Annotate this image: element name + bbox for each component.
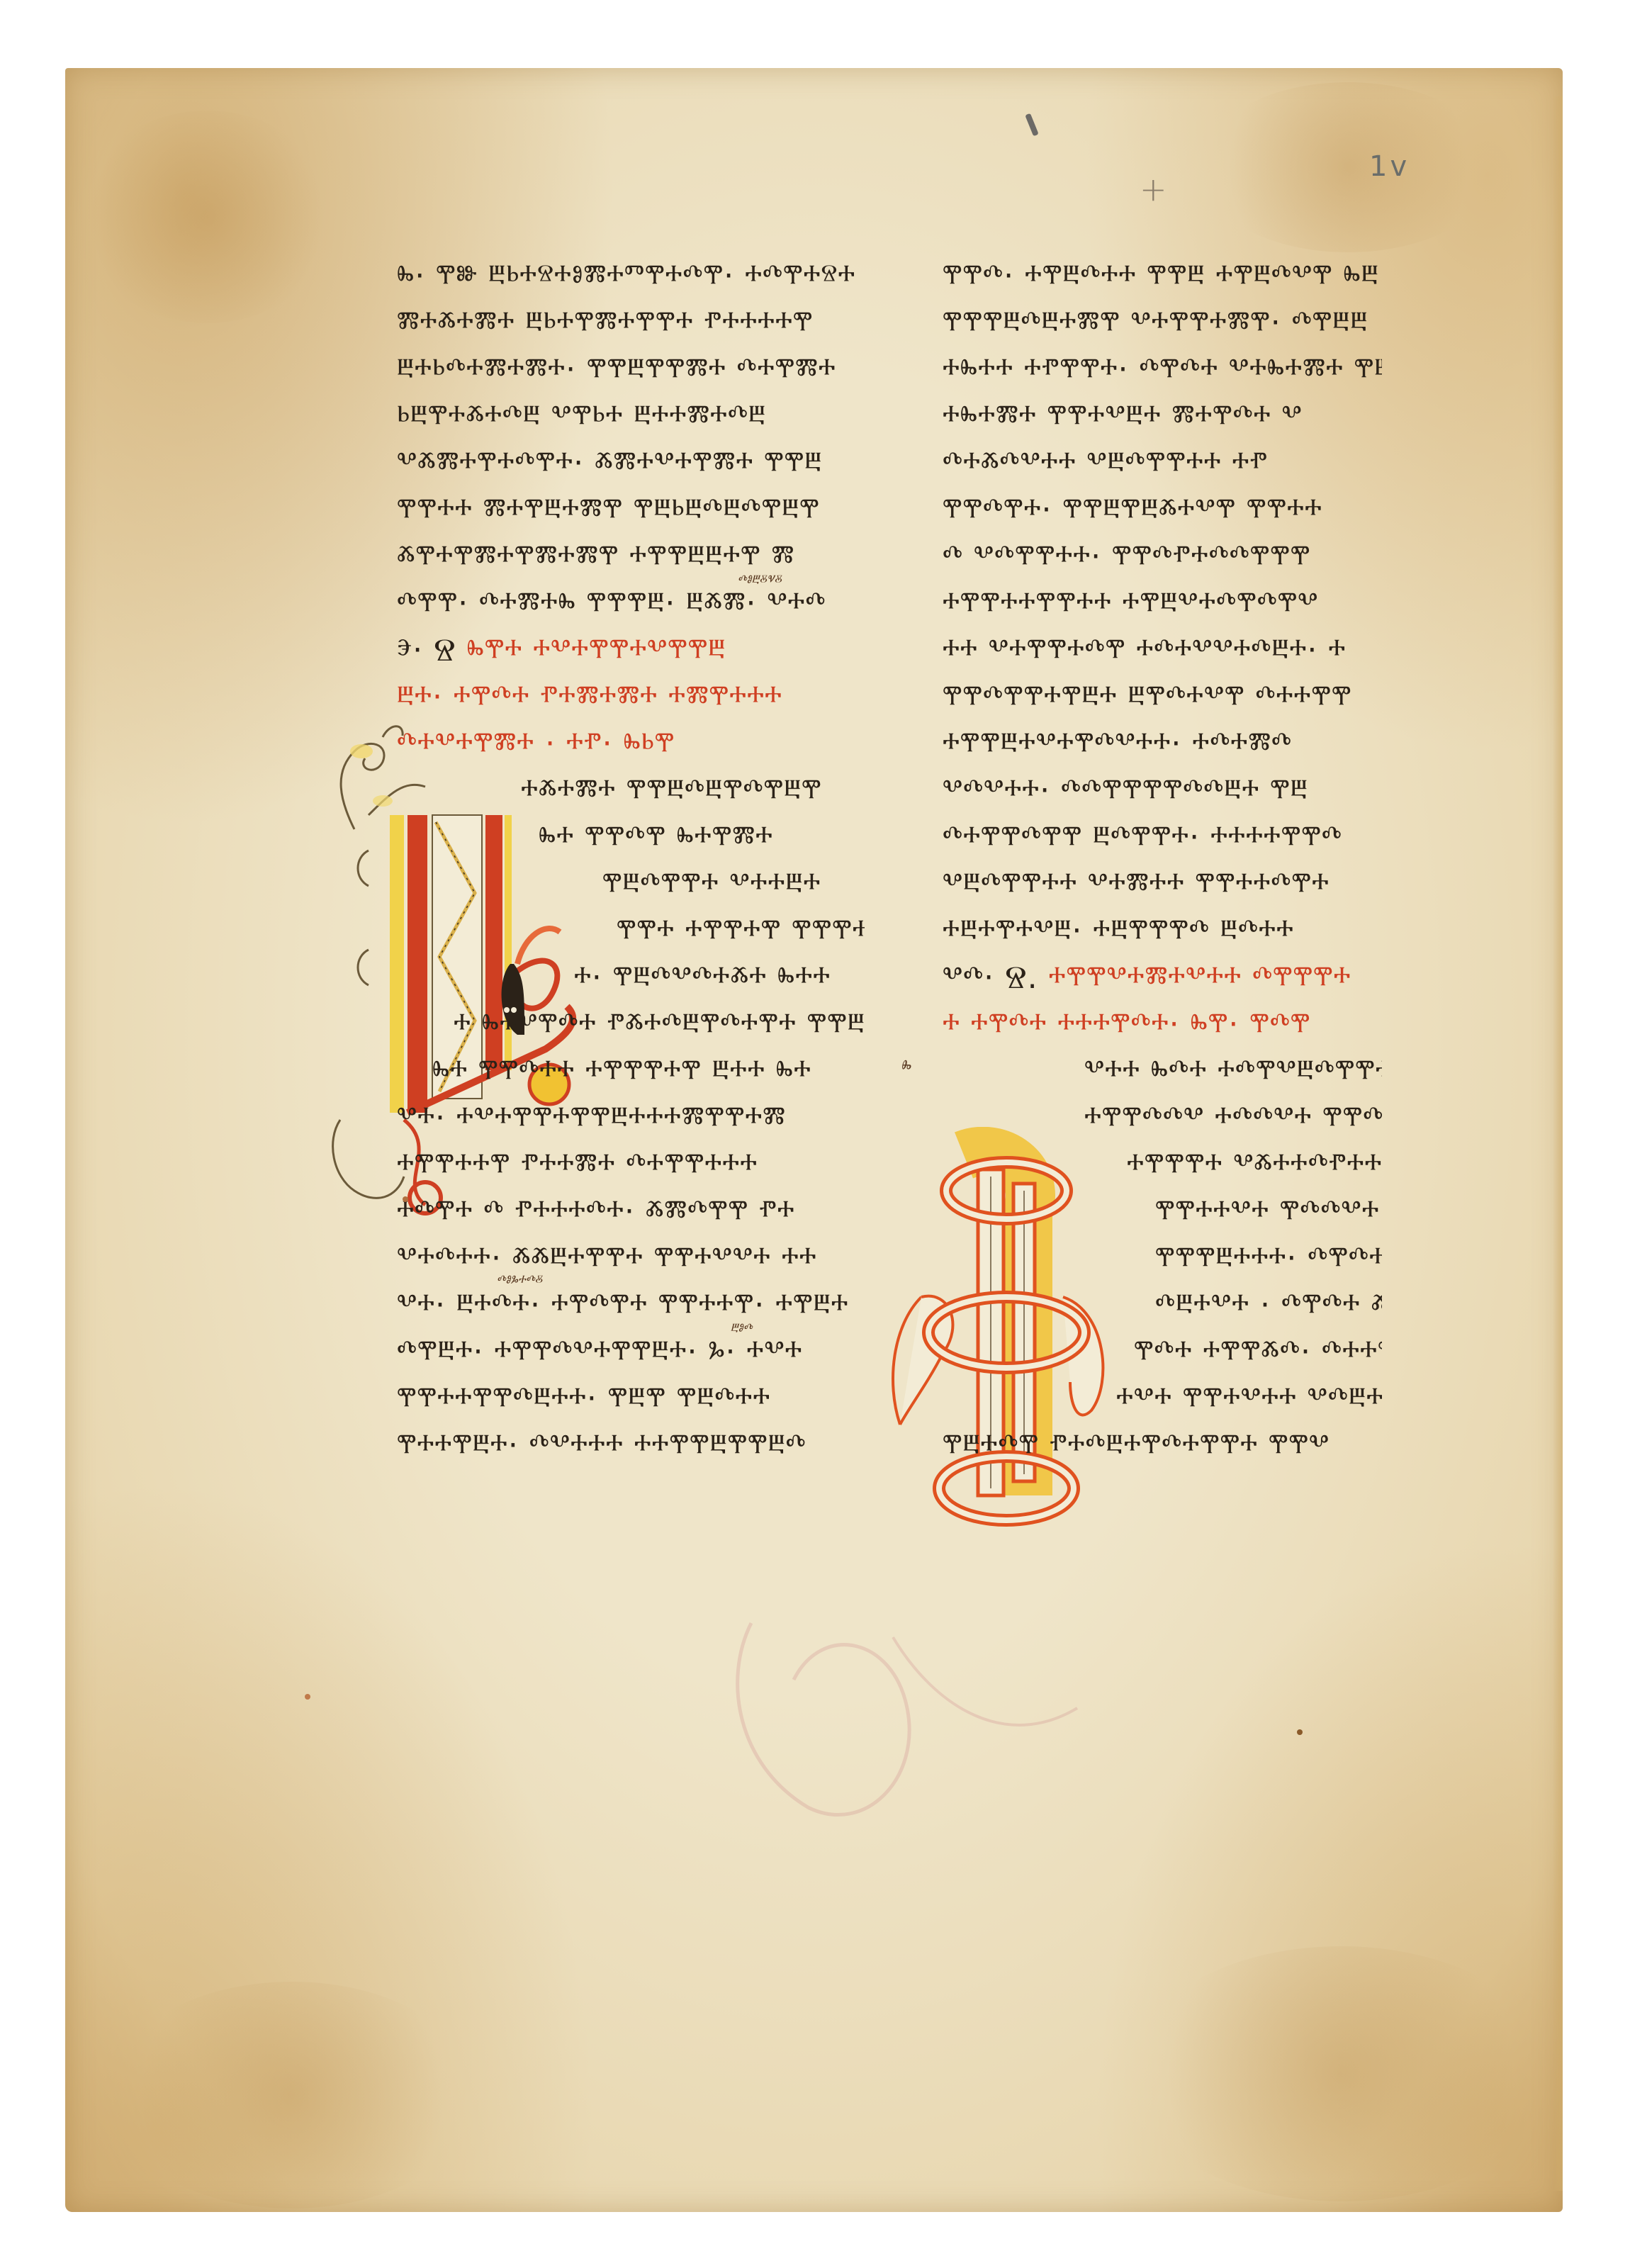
- text-line: ⰹⰱⰰⰴⰹ ⱂⰰⰴⰱⰰⰹⰴⰰⰹⰹⰰ ⰹⰹⰲ: [943, 1425, 1382, 1467]
- text-line: ⰴⰰⰶⰴⰲⰰⰰ ⰲⰱⰴⰹⰹⰰⰰ ⰰⱂ: [943, 442, 1382, 485]
- text-line: ⰹⰰⰰⰹⰱⰰ· ⰴⰲⰰⰰⰰ ⰰⰰⰹⰹⰱⰹⰹⰱⰴ: [397, 1425, 865, 1467]
- line-ink-part: ⰵ· Ⱄ: [397, 632, 467, 668]
- text-line-mixed: ⰲⰴ· Ⱄ. ⰰⰹⰹⰲⰰⰿⰰⰲⰰⰰ ⰴⰹⰹⰹⰰ: [943, 957, 1382, 999]
- text-line: ⰲⰰ· ⰰⰲⰰⰹⰹⰰⰹⰹⰱⰰⰰⰰⰿⰹⰹⰰⰿ: [397, 1097, 865, 1140]
- ink-dot: [305, 1694, 310, 1700]
- text-line: ⰿⰰⰶⰰⰿⰰ ⰱⱃⰰⰹⰿⰰⰹⰹⰰ ⱂⰰⰰⰰⰰⰹ: [397, 302, 865, 344]
- text-line: ⰹⰹⰹⰱⰴⰱⰰⰿⰹ ⰲⰰⰹⰹⰰⰿⰹ· ⰴⰹⰱⰱ: [943, 302, 1382, 344]
- text-line: ⰹⰱⰴⰹⰹⰰ ⰲⰰⰰⰱⰰ: [602, 863, 865, 906]
- stain: [108, 1982, 476, 2208]
- text-line: ⰰ· ⰹⰱⰴⰲⰴⰰⰶⰰ ⰸⰰⰰ: [574, 957, 865, 999]
- text-line: ⰴⰹⰹ· ⰴⰰⰿⰰⰸ ⰹⰹⰹⰱ· ⰱⰶⰿ· ⰲⰰⰴ: [397, 583, 865, 625]
- text-line: ⰸⰰ ⰹⰹⰴⰰⰰ ⰰⰹⰹⰹⰰⰹ ⰱⰰⰰ ⰸⰰ: [432, 1050, 865, 1093]
- text-line: ⰰⰹⰹⰴⰴⰲ ⰰⰴⰴⰲⰰ ⰹⰹⰴⰱ: [1084, 1097, 1382, 1140]
- cross-mark: +: [1140, 170, 1167, 208]
- text-line: ⰲⰰ· ⰱⰰⰴⰰ· ⰰⰹⰴⰹⰰ ⰹⰹⰰⰰⰹ· ⰰⰹⰱⰰ: [397, 1284, 865, 1327]
- text-line: ⰹⰹⰴⰹⰹⰰⰹⰱⰰ ⰱⰹⰴⰰⰲⰹ ⰴⰰⰰⰹⰹ: [943, 676, 1382, 719]
- text-line: ⰰⰸⰰⰿⰰ ⰹⰹⰰⰲⰱⰰ ⰿⰰⰹⰴⰰ ⰲ: [943, 395, 1382, 438]
- line-rubric-part: ⰸⰹⰰ ⰰⰲⰰⰹⰹⰰⰲⰹⰹⰱ: [467, 632, 726, 668]
- text-line-mixed: ⰵ· Ⱄ ⰸⰹⰰ ⰰⰲⰰⰹⰹⰰⰲⰹⰹⰱ: [397, 629, 865, 672]
- text-line: ⰲⰶⰿⰰⰹⰰⰴⰹⰰ· ⰶⰿⰰⰲⰰⰹⰿⰰ ⰹⰹⰱ: [397, 442, 865, 485]
- text-line: ⰰⰴⰹⰰ ⰴ ⱂⰰⰰⰰⰴⰰ· ⰶⰿⰴⰹⰹ ⱂⰰ: [397, 1191, 865, 1233]
- text-line: ⰲⰰⰰ ⰸⰴⰰ ⰰⰴⰹⰲⰱⰴⰹⰹⰰⰰ: [1084, 1050, 1382, 1093]
- text-line: ⰰⰰ ⰲⰰⰹⰹⰰⰴⰹ ⰰⰴⰰⰲⰲⰰⰴⰱⰰ· ⰰ: [943, 629, 1382, 672]
- text-line: ⰹⰹⰹⰱⰰⰰⰰ· ⰴⰹⰴⰰ ⰲ: [1155, 1237, 1382, 1280]
- text-line: ⰹⰹⰰⰰⰹⰹⰴⰱⰰⰰ· ⰹⰱⰹ ⰹⰱⰴⰰⰰ: [397, 1378, 865, 1420]
- text-line: ⰸⰰ ⰹⰹⰴⰹ ⰸⰰⰹⰿⰰ: [539, 816, 865, 859]
- text-line: ⰰⰲⰰ ⰹⰹⰰⰲⰰⰰ ⰲⰴⰱⰰ: [1116, 1378, 1382, 1420]
- ink-dot: [403, 1196, 408, 1202]
- leaf-edge: [1553, 96, 1563, 2191]
- text-line: ⰴⰰⰹⰹⰴⰹⰹ ⰱⰴⰹⰹⰰ· ⰰⰰⰰⰰⰹⰹⰴ: [943, 816, 1382, 859]
- initial-interlace: [879, 1127, 1120, 1545]
- text-line: ⰱⰰⱃⰴⰰⰿⰰⰿⰰ· ⰹⰹⰱⰹⰹⰿⰰ ⰴⰰⰹⰿⰰ: [397, 349, 865, 391]
- text-line: ⰴⰱⰰⰲⰰ · ⰴⰹⰴⰰ ⰶⰰ: [1155, 1284, 1382, 1327]
- ink-dot: [1297, 1729, 1303, 1735]
- text-line: ⰰⰹⰹⰹⰰ ⰲⰶⰰⰰⰴⱂⰰⰰ·: [1127, 1144, 1382, 1186]
- rubric-line: ⰱⰰ· ⰰⰹⰴⰰ ⱂⰰⰿⰰⰿⰰ ⰰⰿⰹⰰⰰⰰ: [397, 676, 865, 719]
- text-line: ⰹⰴⰰ ⰰⰹⰹⰶⰴ· ⰴⰰⰰⰲ: [1134, 1331, 1382, 1374]
- text-line: ⱃⰱⰹⰰⰶⰰⰴⰱ ⰲⰹⱃⰰ ⰱⰰⰰⰿⰰⰴⰱ: [397, 395, 865, 438]
- folio-number: 1v: [1369, 150, 1410, 183]
- line-ink-part: ⰲⰴ· Ⱄ.: [943, 960, 1049, 996]
- showthrough-decoration: [709, 1595, 1134, 1836]
- text-line: ⰴⰹⰱⰰ· ⰰⰹⰹⰴⰲⰰⰹⰹⰱⰰ· ⰳ· ⰰⰲⰰ: [397, 1331, 865, 1374]
- text-line: ⰰⰸⰰⰰ ⰰⱂⰹⰹⰰ· ⰴⰹⰴⰰ ⰲⰰⰸⰰⰿⰰ ⰹⰱ: [943, 349, 1382, 391]
- text-line: ⰰⰶⰰⰿⰰ ⰹⰹⰱⰴⰱⰹⰴⰹⰱⰹ: [521, 770, 865, 812]
- stain: [1199, 82, 1497, 252]
- text-line: ⰹⰹⰰⰰ ⰿⰰⰹⰱⰰⰿⰹ ⰹⰱⱃⰱⰴⰱⰴⰹⰱⰹ: [397, 489, 865, 532]
- text-line: ⰰⰹⰹⰰⰰⰹⰹⰰⰰ ⰰⰹⰱⰲⰰⰴⰹⰴⰹⰲ: [943, 583, 1382, 625]
- rubric-line: ⰰ ⰰⰹⰴⰰ ⰰⰰⰰⰹⰴⰰ· ⰸⰹ· ⰹⰴⰹ: [943, 1004, 1382, 1046]
- text-line: ⰶⰹⰰⰹⰿⰰⰹⰿⰰⰿⰹ ⰰⰹⰹⰱⰱⰰⰹ ⰿ: [397, 536, 865, 578]
- text-line: ⰹⰹⰴⰹⰰ· ⰹⰹⰱⰹⰱⰶⰰⰲⰹ ⰹⰹⰰⰰ: [943, 489, 1382, 532]
- stain: [1128, 1946, 1553, 2201]
- text-line: ⰰⰹⰹⰰⰰⰹ ⱂⰰⰰⰿⰰ ⰴⰰⰹⰹⰰⰰⰰ: [397, 1144, 865, 1186]
- stain: [79, 111, 335, 323]
- text-line: ⰰⰹⰹⰱⰰⰲⰰⰹⰴⰲⰰⰰ· ⰰⰴⰰⰿⰴ: [943, 723, 1382, 765]
- marginal-letter: ⰸ: [900, 1056, 910, 1078]
- text-line: ⰲⰱⰴⰹⰹⰰⰰ ⰲⰰⰿⰰⰰ ⰹⰹⰰⰰⰴⰹⰰ: [943, 863, 1382, 906]
- text-line: ⰹⰹⰴ· ⰰⰹⰱⰴⰰⰰ ⰹⰹⰱ ⰰⰹⰱⰴⰲⰹ ⰸⰱ: [943, 255, 1382, 298]
- text-line: ⰰⰱⰰⰹⰰⰲⰱ· ⰰⰱⰹⰹⰹⰴ ⰱⰴⰰⰰ: [943, 910, 1382, 953]
- text-line: ⰲⰴⰲⰰⰰ· ⰴⰴⰹⰹⰹⰹⰴⰴⰱⰰ ⰹⰱ: [943, 770, 1382, 812]
- text-line: ⰹⰹⰰ ⰰⰹⰹⰰⰹ ⰹⰹⰹⰰ: [617, 910, 865, 953]
- text-line: ⰲⰰⰴⰰⰰ· ⰶⰶⰱⰰⰹⰹⰰ ⰹⰹⰰⰲⰲⰰ ⰰⰰ: [397, 1237, 865, 1280]
- text-line: ⰸ· ⰹⱆ ⰱⱃⰰⱄⰰⱁⰿⰰⱅⰹⰰⰴⰹ· ⰰⰴⰹⰰⱄⰰ: [397, 255, 865, 298]
- text-line: ⰹⰹⰰⰰⰲⰰ ⰹⰴⰴⰲⰰ ·: [1155, 1191, 1382, 1233]
- text-line: ⰰ ⰸⰰⰲⰹⰴⰰ ⱂⰶⰰⰴⰱⰹⰴⰰⰹⰰ ⰹⰹⰱ: [454, 1004, 865, 1046]
- text-line: ⰴ ⰲⰴⰹⰹⰰⰰ· ⰹⰹⰴⱂⰰⰴⰴⰹⰹⰹ: [943, 536, 1382, 578]
- rubric-line: ⰴⰰⰲⰰⰹⰿⰰ · ⰰⱂ· ⰸⱃⰹ: [397, 723, 865, 765]
- line-rubric-part: ⰰⰹⰹⰲⰰⰿⰰⰲⰰⰰ ⰴⰹⰹⰹⰰ: [1049, 960, 1351, 996]
